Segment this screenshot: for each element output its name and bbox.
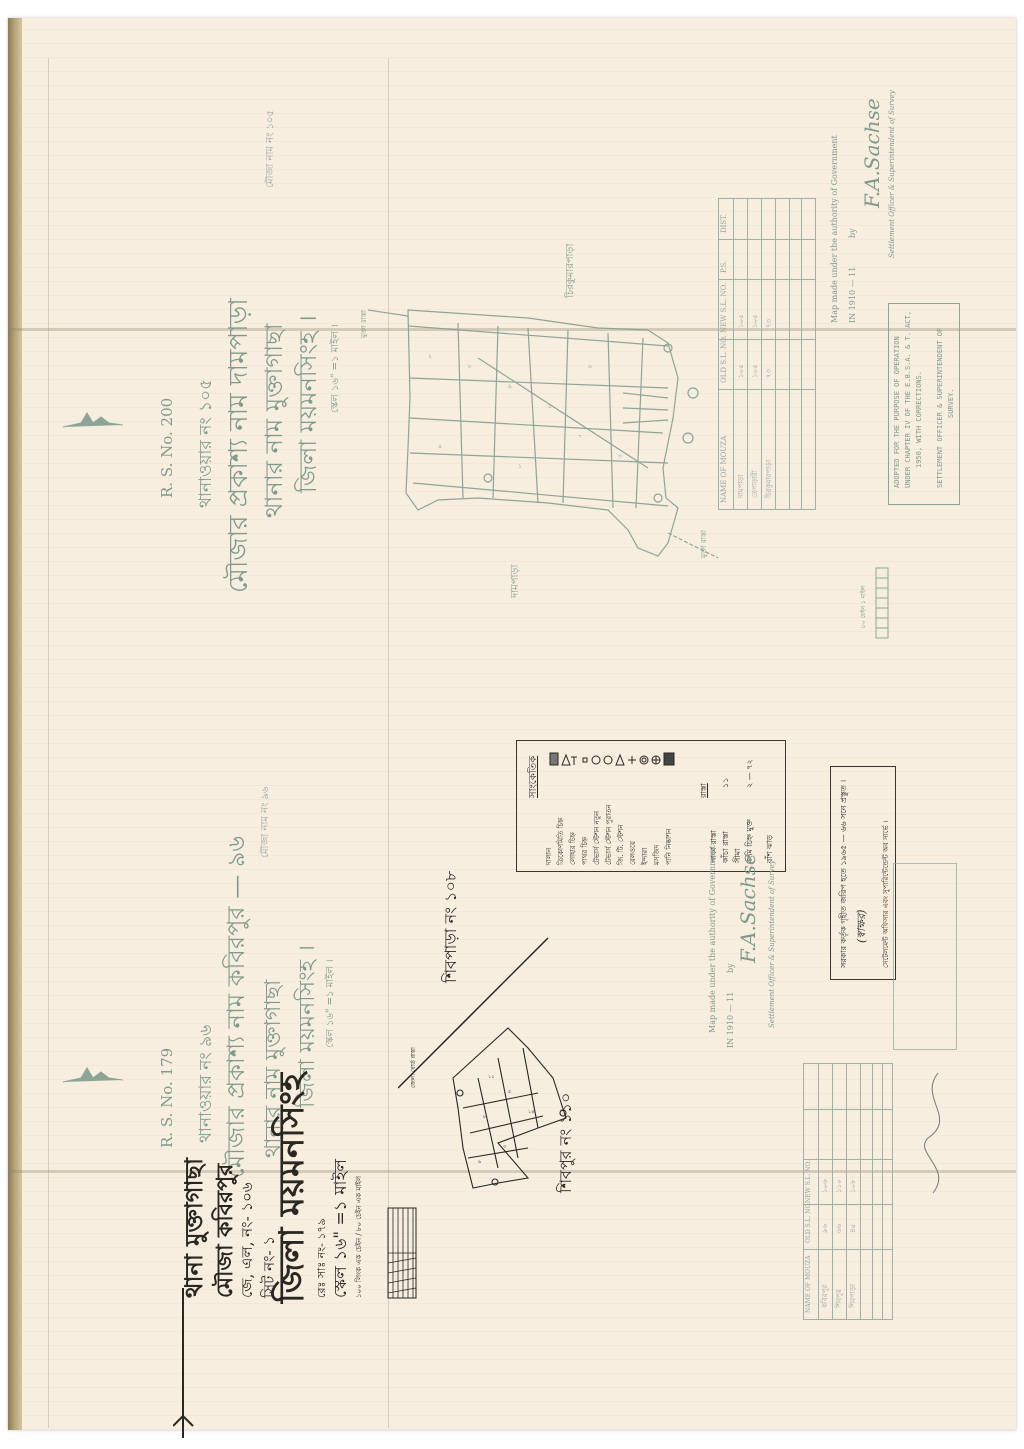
legend-title: সাংকেতিক [526, 756, 543, 798]
note-signature: (স্বাক্ষর) [853, 910, 872, 943]
legend-item-label: পাথর চিহ্ন [579, 837, 591, 865]
table-cell: শিবপাড়া [847, 1284, 859, 1308]
lower-thana-number: থানাওয়ার নং ৯৬ [193, 1025, 221, 1143]
table-cell: ১০৫ [735, 364, 747, 378]
stamp-text: SURVEY. [947, 388, 955, 418]
gt-station-icon [616, 755, 624, 765]
table-cell: ১০৫ [735, 314, 747, 328]
upper-table-header-ps: P.S. [720, 261, 728, 273]
legend-item-label: মসজিদ [651, 845, 663, 865]
lower-rs-number: R. S. No. 179 [158, 1048, 176, 1148]
binding-edge [8, 18, 22, 1430]
note-line-1: সরকার কর্তৃক গৃহীত জরিপ হতে ১৯৬৫ — ৬৬ সন… [838, 780, 851, 968]
upper-scale-bar-label: ৮০ চেইন ১ মাইল [858, 586, 869, 628]
legend-item-label: লোহার চিহ্ন [567, 832, 579, 865]
upper-rs-number: R. S. No. 200 [158, 398, 176, 498]
lower-table-header-new: NEW S.L. NO. [805, 1160, 812, 1203]
lower-road-label: জেলা বোর্ড রাস্তা [408, 1047, 419, 1088]
lower-title-ornament [63, 1058, 123, 1088]
lower-mouza-name: মৌজার প্রকাশ্য নাম কবিরপুর — ৯৬ [218, 836, 258, 1178]
stamp-text: ADOPTED FOR THE PURPOSE OF OPERATION [893, 336, 901, 488]
svg-text:৩: ৩ [618, 453, 622, 460]
diagonal-scale [383, 1198, 423, 1308]
svg-text:৯: ৯ [508, 383, 512, 390]
lower-authority-by: by [726, 963, 735, 973]
table-cell: দামপাড়া [735, 475, 747, 498]
table-cell: ১০৫ [749, 314, 761, 328]
upper-signature: F.A.Sachse [860, 98, 884, 208]
drainage-icon [664, 753, 674, 765]
upper-cadastral-map: ২৮৯ ৫৭৩ ৪১৬ [368, 298, 728, 568]
upper-authority-line: Map made under the authority of Governme… [830, 135, 839, 323]
lower-table-header-old: OLD S.L. NO. [805, 1202, 812, 1243]
upper-authority-title: Settlement Officer & Superintendent of S… [888, 90, 896, 258]
legend-road-value: ১১ [720, 778, 733, 788]
iron-mark-icon [571, 757, 577, 765]
svg-text:৫: ৫ [548, 403, 552, 410]
lower-scale: স্কেল ১৬" =১ মাইল । [323, 959, 340, 1048]
legend-item-label: পানি নিষ্কাশন [663, 829, 675, 865]
traverse-new-icon [592, 756, 600, 764]
upper-table-header-new: NEW S.L. NO. [720, 283, 728, 333]
legend-roads-title: রাস্তা [698, 783, 711, 798]
margin-line [48, 58, 49, 1428]
lower-sheet-label: মৌজা নাম নং ৯৬ [258, 786, 275, 858]
table-cell: শিবপুর [833, 1289, 845, 1308]
upper-adjacent-north: চিরকুমারপাড়া [563, 244, 580, 298]
stamp-text: UNDER CHAPTER IV OF THE E.B.S.A. & T. AC… [904, 311, 912, 488]
svg-text:১: ১ [518, 463, 522, 470]
upper-table-header-name: NAME OF MOUZA [720, 436, 728, 503]
lower-header-bracket [173, 1288, 203, 1448]
upper-road-label-top: মুক্তা রাস্তা [358, 310, 370, 338]
lower-authority-line: Map made under the authority of Governme… [708, 845, 717, 1033]
svg-text:৫: ৫ [508, 1089, 511, 1095]
table-cell: ১০৬ [819, 1179, 831, 1193]
upper-scale: স্কেল ১৬" =১ মাইল । [328, 324, 345, 413]
table-cell: ৭৩ [763, 319, 775, 328]
svg-text:৭: ৭ [578, 433, 582, 440]
table-cell: ১১০ [833, 1179, 845, 1193]
table-cell: ৪৫ [847, 1224, 859, 1233]
legend-item-label: ত্রিকোণমিতি চিহ্ন [555, 818, 567, 865]
traverse-old-icon [604, 756, 612, 764]
lower-adjacent-bottom: শিবপুর নং ১১০ [553, 1093, 580, 1193]
table-cell: ৯৬ [819, 1224, 831, 1233]
lower-adjacent-top: শিবপাড়া নং ১০৮ [438, 871, 465, 983]
lower-table-header-name: NAME OF MOUZA [805, 1255, 812, 1313]
lower-adoption-stamp [893, 863, 957, 1050]
legend-item-label: ইন্দারা [639, 848, 651, 865]
legend-item-label: টেভার্স স্টেশন পুরাতন [603, 804, 615, 865]
table-cell: ১০৫ [749, 364, 761, 378]
upper-thana-number: থানাওয়ার নং ১০৫ [193, 379, 221, 508]
legend-item-label: জি. টি. স্টেশন [615, 825, 627, 866]
svg-text:৯: ৯ [478, 1159, 481, 1165]
upper-title-ornament [63, 403, 123, 433]
stamp-text: 1950, WITH CORRECTIONS. [915, 371, 923, 468]
building-icon [550, 753, 558, 765]
note-line-3: সেটেলমেন্ট অফিসার এবং সুপারিন্টেন্ডেন্ট … [880, 821, 892, 968]
legend-symbols [548, 748, 678, 778]
legend-item-label: টেভার্স স্টেশন নতুন [591, 811, 603, 865]
lower-signature: F.A.Sachse [736, 853, 760, 963]
svg-text:৮: ৮ [468, 363, 472, 370]
svg-text:১৪: ১৪ [528, 1109, 535, 1115]
lower-authority-title: Settlement Officer & Superintendent of S… [768, 860, 776, 1028]
upper-table-header-old: OLD S.L. NO. [720, 335, 728, 383]
well-icon [642, 758, 646, 762]
overlay-scale: স্কেল ১৬" =১ মাইল [328, 1159, 356, 1298]
svg-text:৬: ৬ [588, 363, 592, 370]
upper-district: জিলা ময়মনসিংহ । [290, 315, 330, 493]
legend-road-value: ২ — ৭২ [744, 759, 757, 788]
legend-item-label: দালান [543, 848, 555, 865]
stone-mark-icon [583, 758, 587, 762]
railway-icon [628, 756, 636, 764]
table-cell: কবিরপুর [819, 1285, 831, 1308]
upper-table-header-dist: DIST. [720, 214, 728, 233]
table-cell: ১০৮ [847, 1179, 859, 1193]
table-cell: ৬৬ [833, 1224, 845, 1233]
upper-authority-by: by [848, 228, 857, 238]
map-sheet: R. S. No. 200 থানাওয়ার নং ১০৫ মৌজার প্র… [8, 18, 1016, 1430]
svg-text:৩: ৩ [503, 1144, 507, 1150]
upper-scale-bar [868, 563, 898, 643]
legend-item-label: রেলওয়ে [627, 841, 639, 865]
overlay-chain-note: ১০০ লিংক এক চেইন / ৮০ চেইন এক মাইল [353, 1176, 365, 1298]
stamp-text: SETTLEMENT OFFICER & SUPERINTENDENT OF [936, 328, 944, 488]
svg-text:২: ২ [428, 353, 432, 360]
svg-text:৪: ৪ [438, 443, 442, 450]
legend-road-label: বাঁশ ঝাড় [764, 835, 777, 863]
upper-authority-year: IN 1910 — 11 [848, 267, 857, 323]
svg-text:১২: ১২ [488, 1074, 495, 1080]
upper-sheet-label: মৌজা নাম নং ১০৫ [263, 110, 280, 188]
table-cell: ৭৩ [763, 369, 775, 378]
pencil-scribble [908, 1068, 968, 1198]
table-cell: চিরকুমারপাড়া [763, 460, 775, 498]
lower-authority-year: IN 1910 — 11 [726, 992, 735, 1048]
upper-road-label-bottom: মুক্তা রাস্তা [698, 530, 710, 558]
table-cell: তেপাড়ারী [749, 470, 761, 498]
upper-adjacent-west: দামপাড়া [508, 565, 525, 598]
triangle-icon [562, 755, 570, 765]
